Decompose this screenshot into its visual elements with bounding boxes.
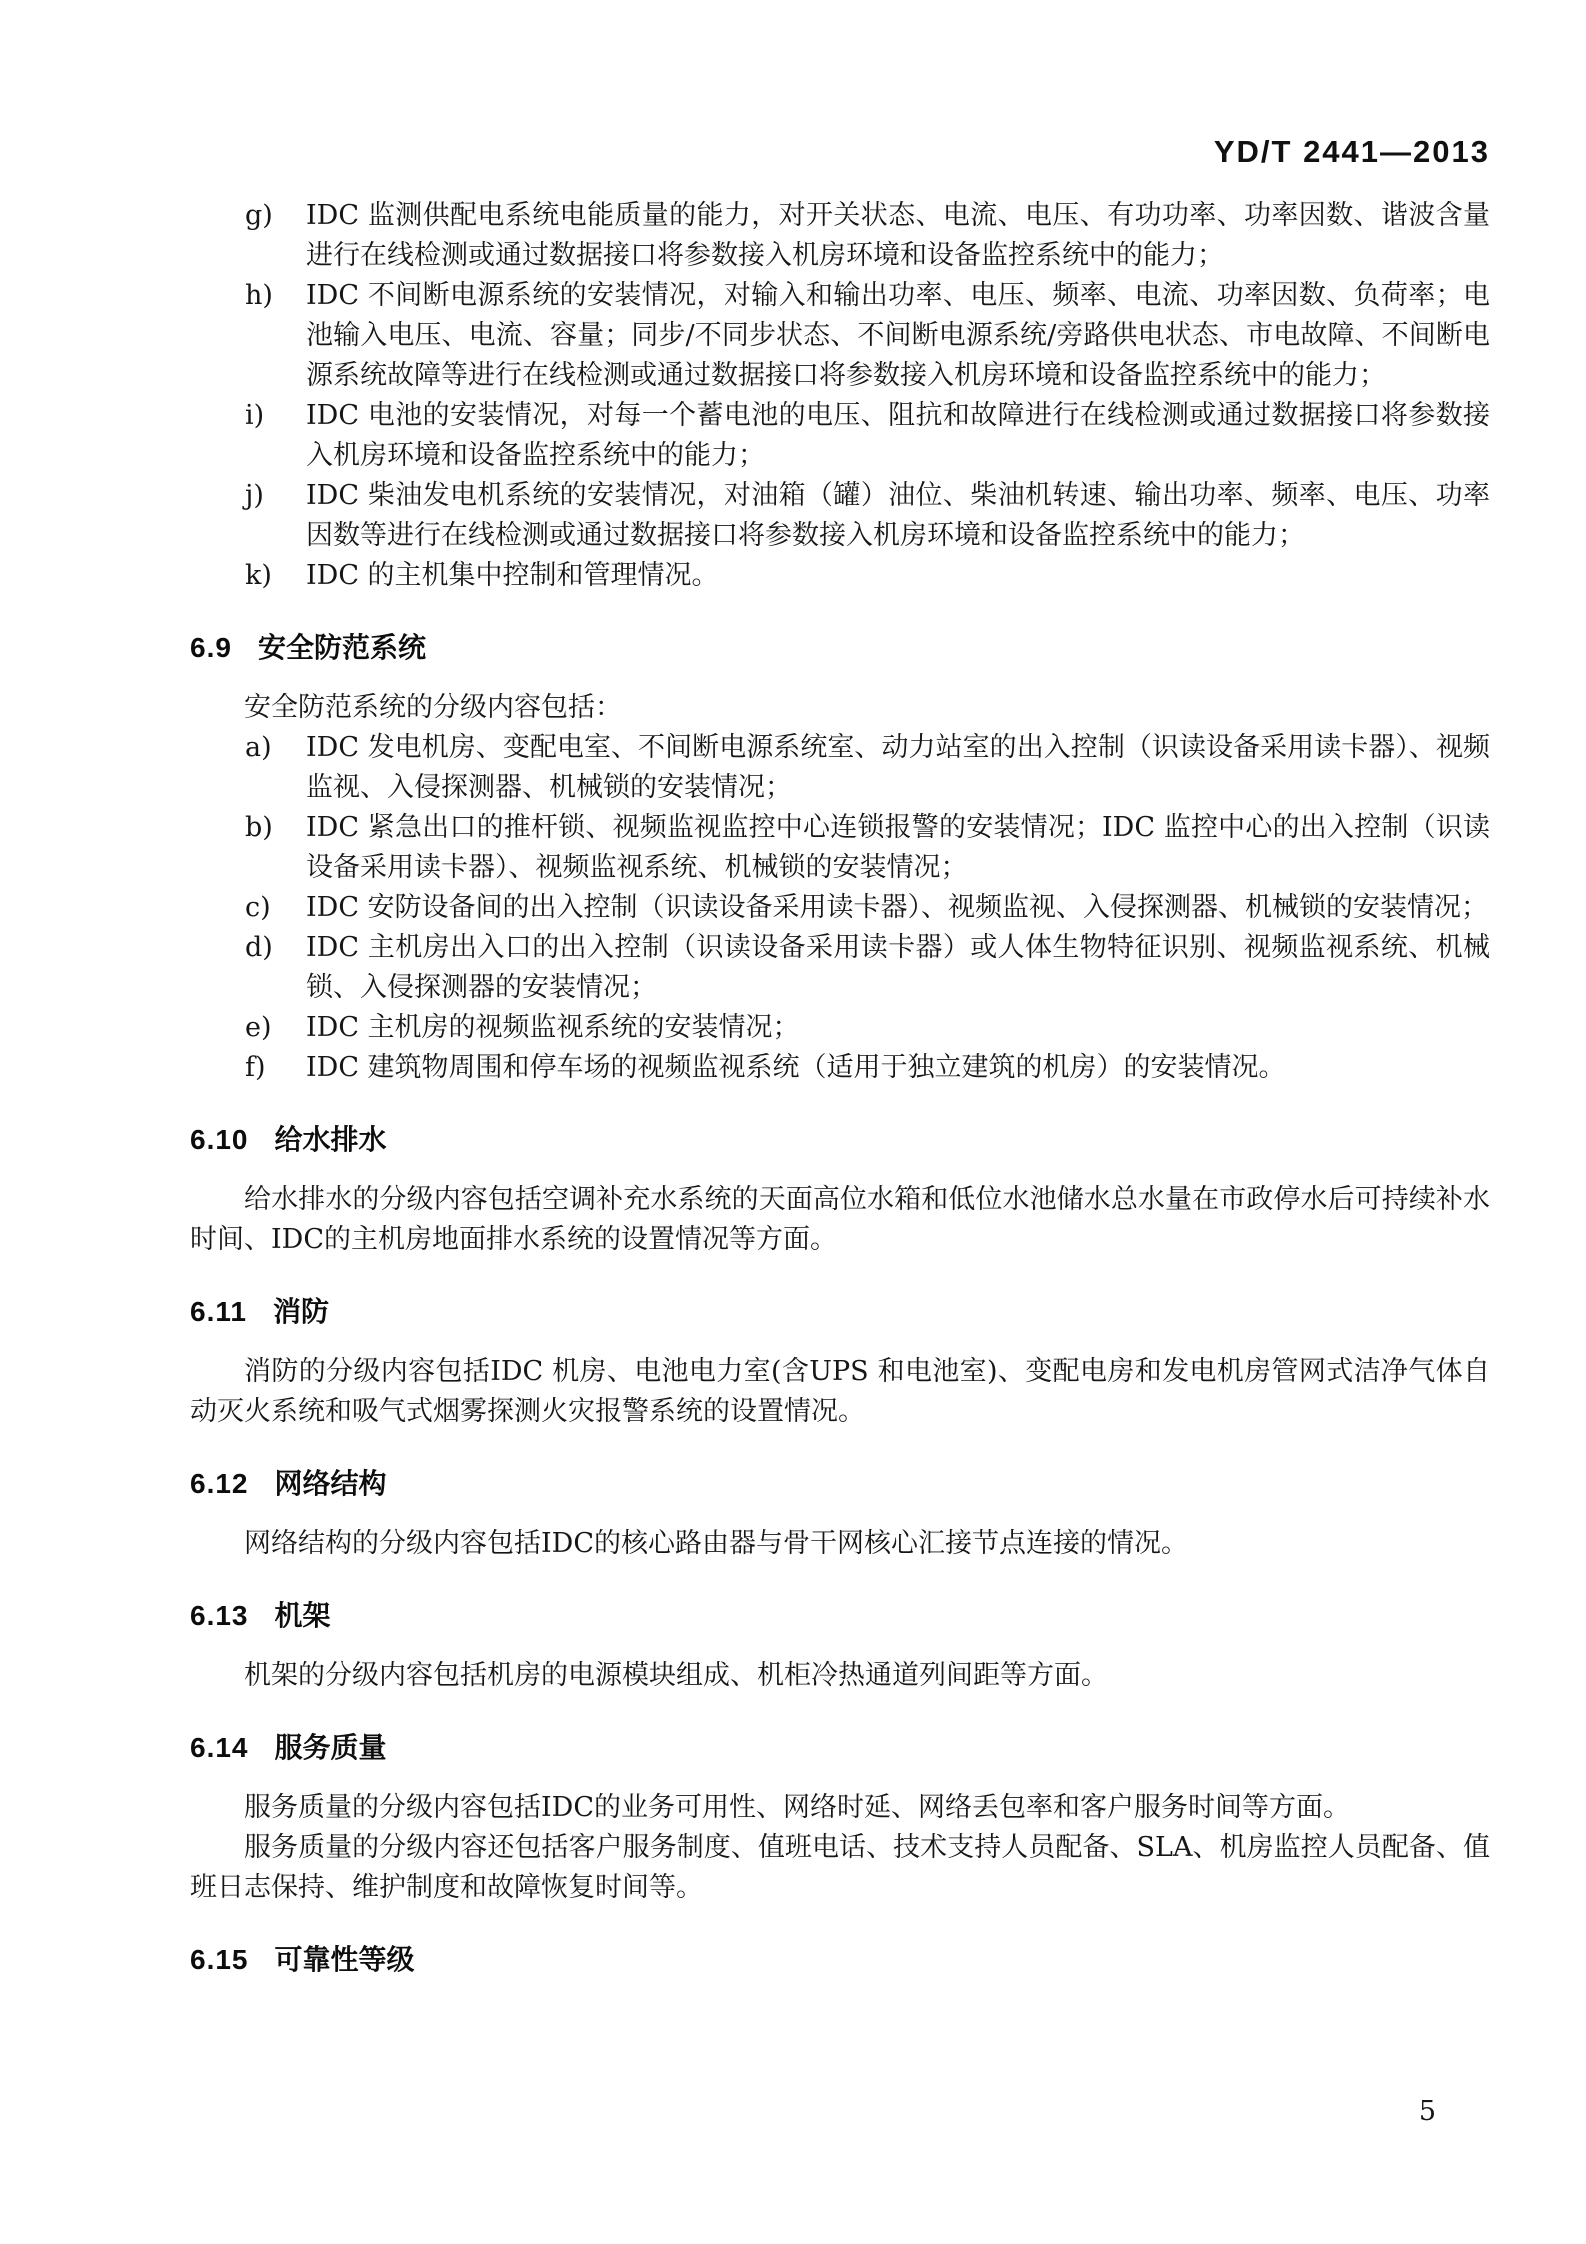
section-number: 6.13	[190, 1596, 249, 1636]
section-heading-6-14: 6.14服务质量	[190, 1728, 1490, 1768]
section-heading-6-13: 6.13机架	[190, 1596, 1490, 1636]
section-number: 6.11	[190, 1292, 247, 1332]
list-item-marker: c)	[245, 888, 306, 928]
section-heading-6-12: 6.12网络结构	[190, 1464, 1490, 1504]
list-item: i) IDC 电池的安装情况，对每一个蓄电池的电压、阻抗和故障进行在线检测或通过…	[245, 396, 1490, 476]
list-item-marker: h)	[245, 276, 306, 316]
list-item-marker: j)	[245, 476, 306, 516]
list-item: d) IDC 主机房出入口的出入控制（识读设备采用读卡器）或人体生物特征识别、视…	[245, 928, 1490, 1008]
section-heading-6-10: 6.10给水排水	[190, 1120, 1490, 1160]
list-item: h) IDC 不间断电源系统的安装情况，对输入和输出功率、电压、频率、电流、功率…	[245, 276, 1490, 396]
list-item-text: IDC 柴油发电机系统的安装情况，对油箱（罐）油位、柴油机转速、输出功率、频率、…	[306, 476, 1490, 556]
list-item-text: IDC 建筑物周围和停车场的视频监视系统（适用于独立建筑的机房）的安装情况。	[306, 1048, 1490, 1088]
list-item-text: IDC 的主机集中控制和管理情况。	[306, 556, 1490, 596]
list-item-marker: a)	[245, 728, 306, 768]
list-item-marker: k)	[245, 556, 306, 596]
document-page: YD/T 2441—2013 g) IDC 监测供配电系统电能质量的能力，对开关…	[0, 0, 1586, 2244]
section-title: 网络结构	[275, 1468, 387, 1499]
section-title: 给水排水	[275, 1124, 387, 1155]
page-number: 5	[1419, 2096, 1436, 2127]
list-item: b) IDC 紧急出口的推杆锁、视频监视监控中心连锁报警的安装情况；IDC 监控…	[245, 808, 1490, 888]
list-item: g) IDC 监测供配电系统电能质量的能力，对开关状态、电流、电压、有功功率、功…	[245, 196, 1490, 276]
list-item-text: IDC 监测供配电系统电能质量的能力，对开关状态、电流、电压、有功功率、功率因数…	[306, 196, 1490, 276]
section-number: 6.15	[190, 1940, 249, 1980]
list-item-marker: d)	[245, 928, 306, 968]
section-title: 机架	[275, 1600, 331, 1631]
section-6-9-intro: 安全防范系统的分级内容包括：	[190, 688, 1490, 728]
list-item: f) IDC 建筑物周围和停车场的视频监视系统（适用于独立建筑的机房）的安装情况…	[245, 1048, 1490, 1088]
page-content: g) IDC 监测供配电系统电能质量的能力，对开关状态、电流、电压、有功功率、功…	[190, 196, 1490, 2000]
section-title: 服务质量	[275, 1732, 387, 1763]
section-number: 6.10	[190, 1120, 249, 1160]
list-item: e) IDC 主机房的视频监视系统的安装情况；	[245, 1008, 1490, 1048]
list-item-text: IDC 电池的安装情况，对每一个蓄电池的电压、阻抗和故障进行在线检测或通过数据接…	[306, 396, 1490, 476]
list-item-marker: g)	[245, 196, 306, 236]
list-item-text: IDC 主机房的视频监视系统的安装情况；	[306, 1008, 1490, 1048]
list-item-marker: f)	[245, 1048, 306, 1088]
section-title: 消防	[273, 1296, 329, 1327]
list-item-text: IDC 安防设备间的出入控制（识读设备采用读卡器）、视频监视、入侵探测器、机械锁…	[306, 888, 1490, 928]
list-item: j) IDC 柴油发电机系统的安装情况，对油箱（罐）油位、柴油机转速、输出功率、…	[245, 476, 1490, 556]
section-6-14-body-1: 服务质量的分级内容包括IDC的业务可用性、网络时延、网络丢包率和客户服务时间等方…	[190, 1788, 1490, 1828]
section-6-13-body: 机架的分级内容包括机房的电源模块组成、机柜冷热通道列间距等方面。	[190, 1656, 1490, 1696]
section-number: 6.12	[190, 1464, 249, 1504]
list-g-to-k: g) IDC 监测供配电系统电能质量的能力，对开关状态、电流、电压、有功功率、功…	[190, 196, 1490, 596]
list-item-marker: e)	[245, 1008, 306, 1048]
section-title: 可靠性等级	[275, 1944, 415, 1975]
standard-number-header: YD/T 2441—2013	[1214, 134, 1490, 170]
section-6-11-body: 消防的分级内容包括IDC 机房、电池电力室(含UPS 和电池室)、变配电房和发电…	[190, 1352, 1490, 1432]
section-heading-6-15: 6.15可靠性等级	[190, 1940, 1490, 1980]
list-item-text: IDC 发电机房、变配电室、不间断电源系统室、动力站室的出入控制（识读设备采用读…	[306, 728, 1490, 808]
section-heading-6-9: 6.9安全防范系统	[190, 628, 1490, 668]
list-item-text: IDC 紧急出口的推杆锁、视频监视监控中心连锁报警的安装情况；IDC 监控中心的…	[306, 808, 1490, 888]
list-item-text: IDC 主机房出入口的出入控制（识读设备采用读卡器）或人体生物特征识别、视频监视…	[306, 928, 1490, 1008]
section-title: 安全防范系统	[258, 632, 426, 663]
section-6-10-body: 给水排水的分级内容包括空调补充水系统的天面高位水箱和低位水池储水总水量在市政停水…	[190, 1180, 1490, 1260]
section-heading-6-11: 6.11消防	[190, 1292, 1490, 1332]
list-item: k) IDC 的主机集中控制和管理情况。	[245, 556, 1490, 596]
section-6-14-body-2: 服务质量的分级内容还包括客户服务制度、值班电话、技术支持人员配备、SLA、机房监…	[190, 1828, 1490, 1908]
list-item: c) IDC 安防设备间的出入控制（识读设备采用读卡器）、视频监视、入侵探测器、…	[245, 888, 1490, 928]
section-number: 6.14	[190, 1728, 249, 1768]
list-a-to-f: a) IDC 发电机房、变配电室、不间断电源系统室、动力站室的出入控制（识读设备…	[190, 728, 1490, 1088]
list-item: a) IDC 发电机房、变配电室、不间断电源系统室、动力站室的出入控制（识读设备…	[245, 728, 1490, 808]
section-6-12-body: 网络结构的分级内容包括IDC的核心路由器与骨干网核心汇接节点连接的情况。	[190, 1524, 1490, 1564]
section-number: 6.9	[190, 628, 232, 668]
list-item-text: IDC 不间断电源系统的安装情况，对输入和输出功率、电压、频率、电流、功率因数、…	[306, 276, 1490, 396]
list-item-marker: b)	[245, 808, 306, 848]
list-item-marker: i)	[245, 396, 306, 436]
